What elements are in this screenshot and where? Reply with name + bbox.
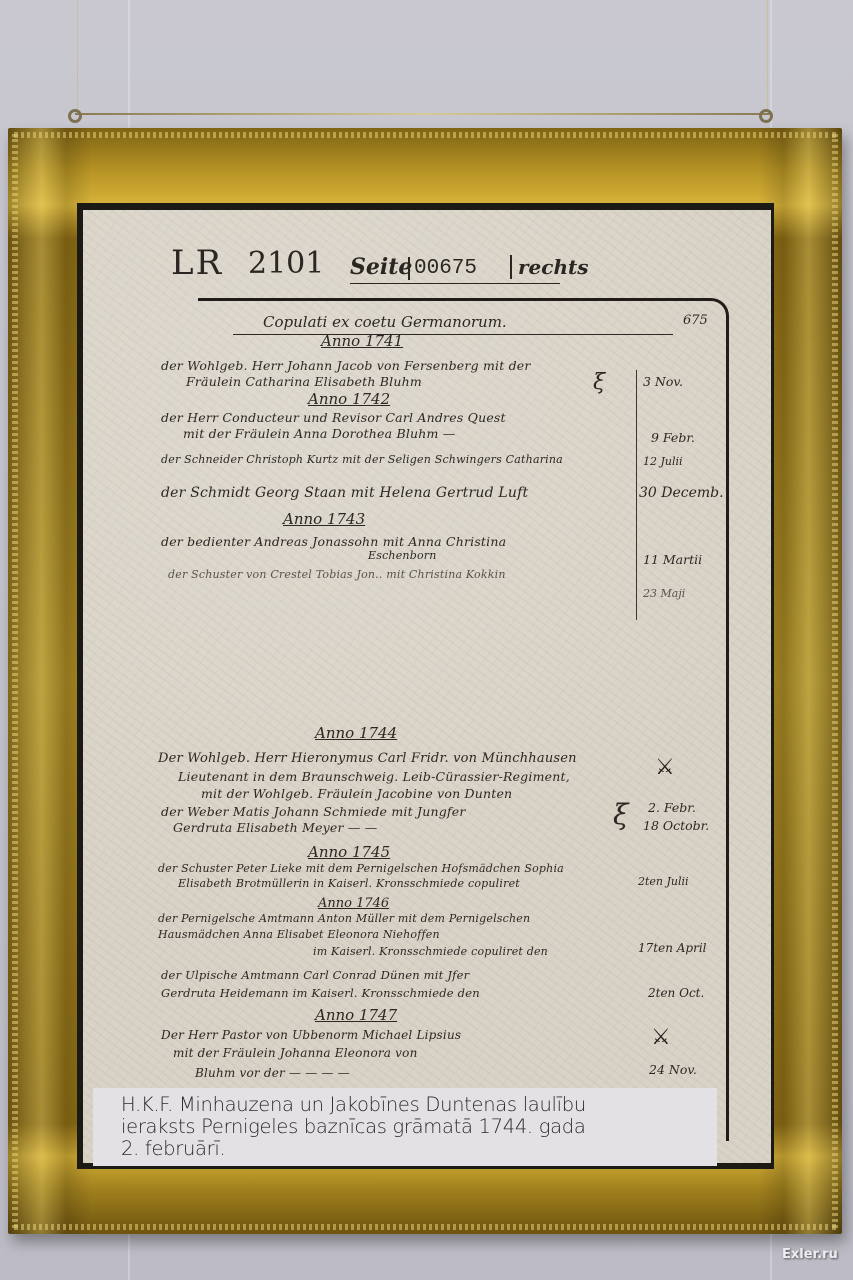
frame-rope-trim [12, 134, 18, 1228]
entry-line: der Herr Conducteur und Revisor Carl And… [161, 410, 506, 425]
caption-line: 2. februārī. [121, 1138, 717, 1160]
entry-line: mit der Fräulein Johanna Eleonora von [173, 1046, 418, 1060]
marriage-cross-mark: ⚔ [655, 755, 675, 780]
caption-line: H.K.F. Minhauzena un Jakobīnes Duntenas … [121, 1094, 717, 1116]
fond-number: 2101 [248, 246, 324, 281]
entry-line: der Schuster von Crestel Tobias Jon.. mi… [168, 568, 506, 581]
entry-date: 24 Nov. [649, 1062, 697, 1077]
folio-number: 675 [683, 313, 708, 328]
hanging-ring-right [759, 109, 773, 123]
register-heading: Copulati ex coetu Germanorum. [263, 313, 507, 331]
year-heading: Anno 1743 [283, 510, 365, 528]
stamp-underline [350, 283, 560, 284]
year-heading: Anno 1745 [308, 843, 390, 861]
date-column-divider [636, 370, 637, 620]
caption-line: ieraksts Pernigeles baznīcas grāmatā 174… [121, 1116, 717, 1138]
hanging-wire [767, 0, 768, 112]
entry-line: Gerdruta Heidemann im Kaiserl. Kronsschm… [161, 986, 480, 1000]
entry-line: der Pernigelsche Amtmann Anton Müller mi… [158, 912, 530, 925]
entry-line: der bedienter Andreas Jonassohn mit Anna… [161, 534, 506, 549]
entry-date: 2ten Julii [638, 875, 689, 888]
entry-line: der Weber Matis Johann Schmiede mit Jung… [161, 804, 466, 819]
caption-label: H.K.F. Minhauzena un Jakobīnes Duntenas … [93, 1088, 717, 1166]
frame-rope-trim [832, 134, 838, 1228]
year-heading: Anno 1744 [315, 724, 397, 742]
entry-date: 11 Martii [643, 552, 702, 567]
entry-line: der Wohlgeb. Herr Johann Jacob von Ferse… [161, 358, 531, 373]
entry-line: Gerdruta Elisabeth Meyer — — [173, 820, 377, 835]
entry-line: Der Wohlgeb. Herr Hieronymus Carl Fridr.… [158, 751, 577, 766]
hanging-wire [77, 0, 78, 112]
frame-rope-trim [14, 1224, 836, 1230]
entry-line: mit der Wohlgeb. Fräulein Jacobine von D… [201, 786, 512, 801]
entry-line: Eschenborn [368, 549, 437, 562]
hanging-ring-left [68, 109, 82, 123]
brace-mark: ξ [593, 370, 605, 395]
entry-date: 17ten April [638, 941, 707, 955]
entry-date: 12 Julii [643, 455, 683, 468]
entry-line: Hausmädchen Anna Elisabet Eleonora Nieho… [158, 928, 440, 941]
entry-date: 3 Nov. [643, 374, 683, 389]
entry-line: der Ulpische Amtmann Carl Conrad Dünen m… [161, 968, 469, 982]
entry-line: Lieutenant in dem Braunschweig. Leib-Cür… [178, 769, 570, 784]
entry-line: im Kaiserl. Kronsschmiede copuliret den [313, 945, 548, 958]
entry-line: Elisabeth Brotmüllerin in Kaiserl. Krons… [178, 877, 520, 890]
side-label: rechts [510, 255, 588, 279]
heading-underline [233, 334, 673, 335]
watermark: Exler.ru [782, 1247, 838, 1262]
marriage-cross-mark: ⚔ [651, 1025, 671, 1050]
entry-line: Bluhm vor der — — — — [195, 1066, 350, 1080]
year-heading: Anno 1742 [308, 390, 390, 408]
year-heading: Anno 1741 [321, 332, 403, 350]
entry-line: der Schmidt Georg Staan mit Helena Gertr… [161, 485, 528, 501]
entry-line: Fräulein Catharina Elisabeth Bluhm [186, 374, 422, 389]
hanging-wire [75, 113, 770, 115]
page-label: Seite [350, 254, 412, 280]
entry-line: Der Herr Pastor von Ubbenorm Michael Lip… [161, 1028, 461, 1042]
entry-date: 2ten Oct. [648, 986, 704, 1000]
entry-date: 2. Febr. [648, 800, 696, 815]
entry-date: 18 Octobr. [643, 818, 709, 833]
entry-date: 23 Maji [643, 587, 685, 600]
brace-mark: ξ [613, 798, 628, 831]
entry-date: 9 Febr. [651, 430, 695, 445]
archive-code: LR [171, 243, 223, 283]
year-heading: Anno 1746 [318, 896, 389, 911]
frame-rope-trim [14, 132, 836, 138]
entry-date: 30 Decemb. [639, 485, 724, 501]
page-number: 00675 [408, 257, 477, 280]
register-page: LR 2101 Seite 00675 rechts Copulati ex c… [83, 210, 771, 1163]
year-heading: Anno 1747 [315, 1006, 397, 1024]
entry-line: mit der Fräulein Anna Dorothea Bluhm — [183, 426, 455, 441]
entry-line: der Schneider Christoph Kurtz mit der Se… [161, 453, 563, 466]
entry-line: der Schuster Peter Lieke mit dem Pernige… [158, 862, 564, 875]
